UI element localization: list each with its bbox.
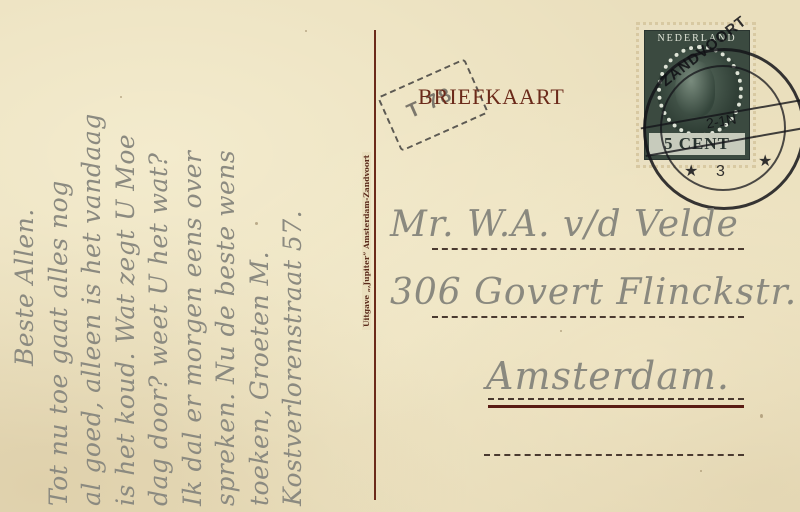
postmark: ZANDVOORT 2-1N 3 ★ ★ bbox=[643, 48, 800, 210]
postmark-office-number: 3 bbox=[716, 163, 725, 181]
address-line-rule-empty bbox=[484, 454, 744, 456]
message-line: spreken. Nu de beste wens bbox=[209, 36, 243, 506]
message-line: is het koud. Wat zegt U Moe bbox=[109, 36, 143, 506]
publisher-imprint: Uitgave „,Jupiter” Amsterdam-Zandvoort bbox=[362, 152, 371, 330]
city-underline bbox=[488, 405, 744, 408]
postcard: Beste Allen. Tot nu toe gaat alles nog a… bbox=[0, 0, 800, 512]
message-line: Tot nu toe gaat alles nog bbox=[42, 36, 76, 506]
address-line-rule bbox=[488, 398, 744, 400]
message-line: toeken, Groeten M. bbox=[243, 36, 277, 506]
address-city: Amsterdam. bbox=[486, 354, 730, 398]
paper-speck bbox=[760, 414, 763, 418]
star-icon: ★ bbox=[758, 151, 772, 171]
star-icon: ★ bbox=[684, 161, 698, 181]
address-line-rule bbox=[432, 248, 744, 250]
paper-speck bbox=[700, 470, 702, 472]
message-line: Beste Allen. bbox=[8, 36, 42, 506]
card-title: BRIEFKAART bbox=[418, 84, 565, 110]
center-divider bbox=[374, 30, 376, 500]
message-line: Kostverlorenstraat 57. bbox=[276, 36, 310, 506]
message-line: Ik dal er morgen eens over bbox=[176, 36, 210, 506]
message-area: Beste Allen. Tot nu toe gaat alles nog a… bbox=[0, 0, 360, 512]
handwritten-message: Beste Allen. Tot nu toe gaat alles nog a… bbox=[8, 36, 358, 506]
address-line-rule bbox=[432, 316, 744, 318]
paper-speck bbox=[560, 330, 562, 332]
message-line: al goed, alleen is het vandaag bbox=[75, 36, 109, 506]
message-line: dag door? weet U het wat? bbox=[142, 36, 176, 506]
address-name: Mr. W.A. v/d Velde bbox=[390, 204, 739, 245]
address-street: 306 Govert Flinckstr. bbox=[390, 272, 797, 313]
